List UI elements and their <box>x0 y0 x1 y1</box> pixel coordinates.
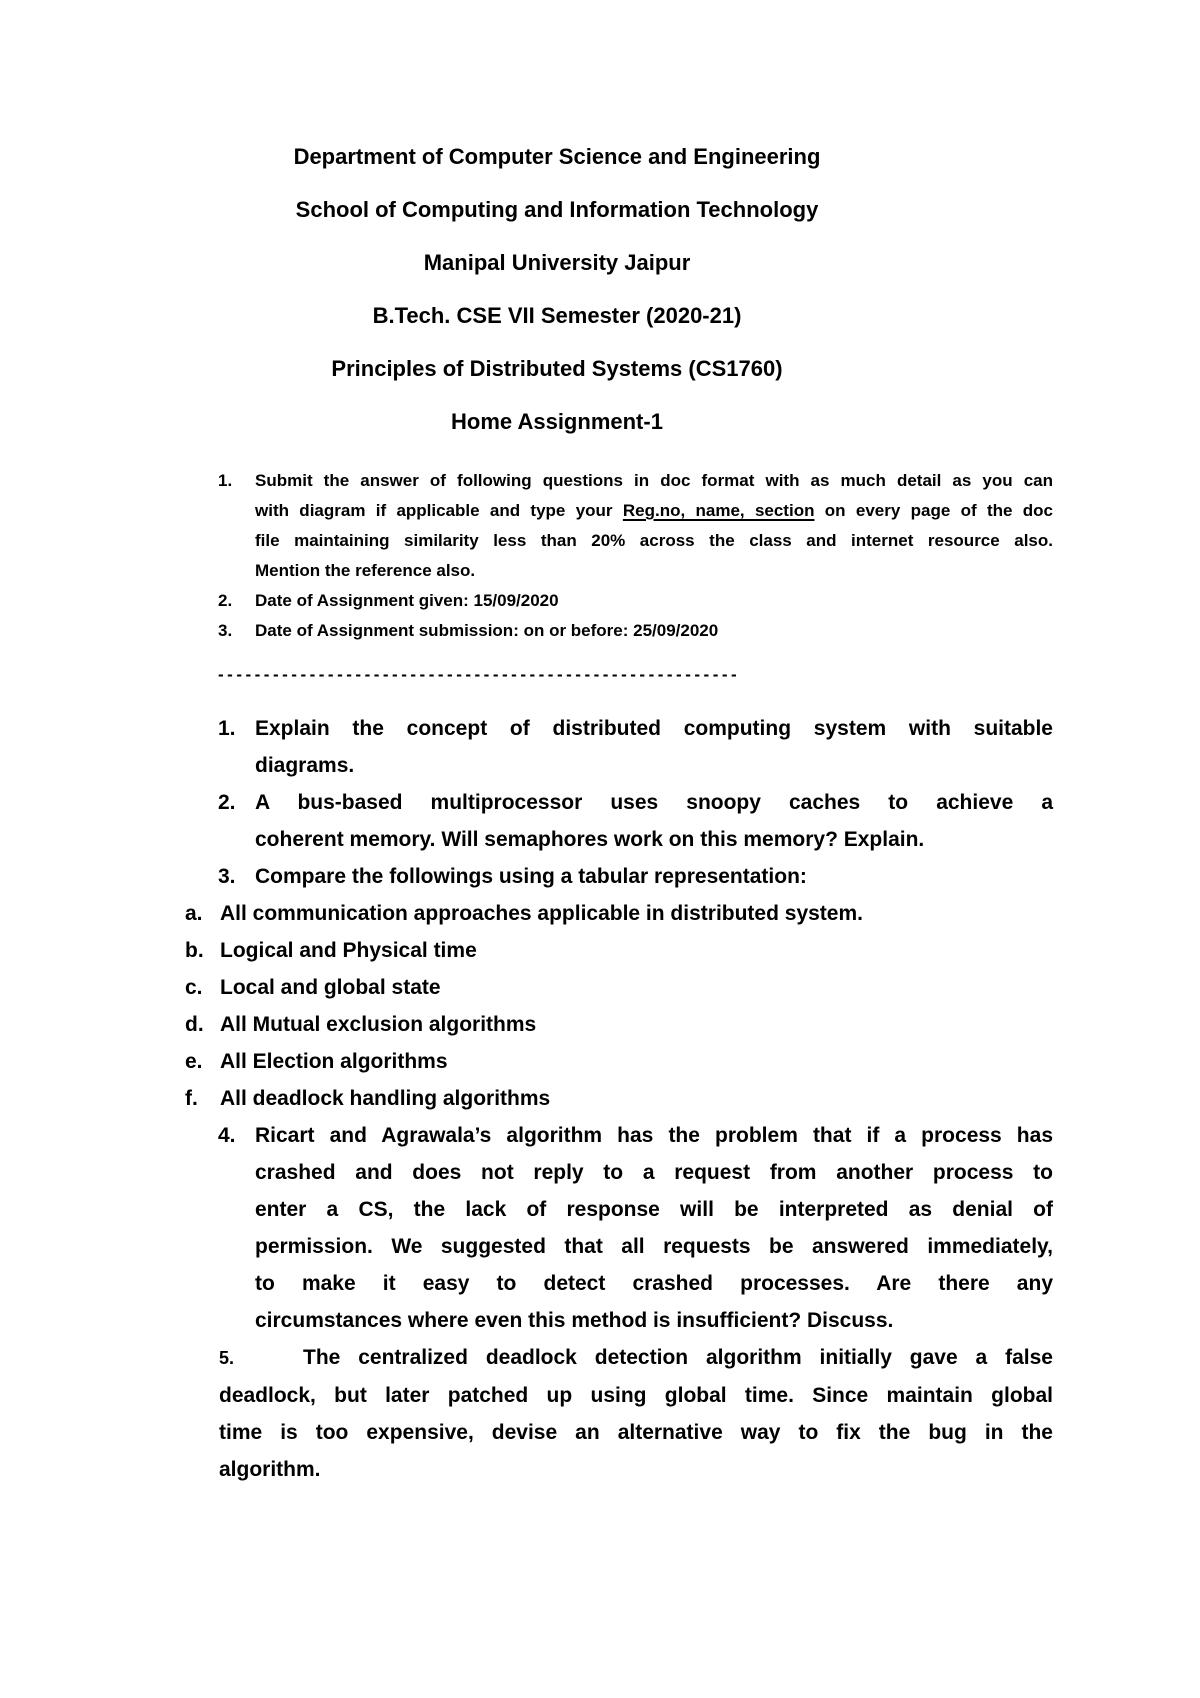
instruction-text: Date of Assignment given: 15/09/2020 <box>255 586 1053 616</box>
instruction-line: Submit the answer of following questions… <box>255 466 1053 496</box>
question-line: permission. We suggested that all reques… <box>255 1228 1053 1265</box>
question-text: Ricart and Agrawala’s algorithm has the … <box>255 1117 1053 1339</box>
question-line: deadlock, but later patched up using glo… <box>219 1377 1053 1414</box>
list-marker: a. <box>185 895 220 932</box>
sub-item-e: e. All Election algorithms <box>185 1043 1053 1080</box>
question-item-2: 2. A bus-based multiprocessor uses snoop… <box>218 784 1053 858</box>
dashed-separator: ----------------------------------------… <box>218 660 838 690</box>
sub-item-text: All Election algorithms <box>220 1043 1053 1080</box>
question-line: time is too expensive, devise an alterna… <box>219 1414 1053 1451</box>
question-line: diagrams. <box>255 747 1053 784</box>
emphasized-text: Reg.no, name, section <box>623 501 815 520</box>
question-line: Compare the followings using a tabular r… <box>255 858 1053 895</box>
question-item-5: 5. The centralized deadlock detection al… <box>219 1339 1053 1488</box>
instruction-line-suffix: on every page of the doc <box>814 501 1053 520</box>
question-line: circumstances where even this method is … <box>255 1302 1053 1339</box>
list-marker: f. <box>185 1080 220 1117</box>
sub-item-f: f. All deadlock handling algorithms <box>185 1080 1053 1117</box>
instruction-item: 2. Date of Assignment given: 15/09/2020 <box>218 586 1053 616</box>
instruction-line: Mention the reference also. <box>255 556 1053 586</box>
list-marker: e. <box>185 1043 220 1080</box>
sub-item-a: a. All communication approaches applicab… <box>185 895 1053 932</box>
question-line: to make it easy to detect crashed proces… <box>255 1265 1053 1302</box>
instruction-text: Submit the answer of following questions… <box>255 466 1053 586</box>
question-line: Ricart and Agrawala’s algorithm has the … <box>255 1117 1053 1154</box>
questions-list: 1. Explain the concept of distributed co… <box>185 710 1053 1488</box>
sub-item-c: c. Local and global state <box>185 969 1053 1006</box>
list-marker: d. <box>185 1006 220 1043</box>
page-title: Home Assignment-1 <box>0 395 1114 448</box>
header-line-program: B.Tech. CSE VII Semester (2020-21) <box>0 289 1114 342</box>
list-marker: c. <box>185 969 220 1006</box>
instructions-list: 1. Submit the answer of following questi… <box>218 466 1053 646</box>
header-line-course: Principles of Distributed Systems (CS176… <box>0 342 1114 395</box>
header-line-university: Manipal University Jaipur <box>0 236 1114 289</box>
list-marker: 3. <box>218 858 255 895</box>
instruction-line-prefix: with diagram if applicable and type your <box>255 501 623 520</box>
question-line-text: The centralized deadlock detection algor… <box>303 1339 1053 1376</box>
list-marker: 2. <box>218 784 255 858</box>
sub-item-text: Local and global state <box>220 969 1053 1006</box>
list-marker: 2. <box>218 586 255 616</box>
question-line: 5. The centralized deadlock detection al… <box>219 1339 1053 1377</box>
list-marker: b. <box>185 932 220 969</box>
sub-item-text: Logical and Physical time <box>220 932 1053 969</box>
sub-item-text: All Mutual exclusion algorithms <box>220 1006 1053 1043</box>
question-line: Explain the concept of distributed compu… <box>255 710 1053 747</box>
question-text: Compare the followings using a tabular r… <box>255 858 1053 895</box>
question-line: A bus-based multiprocessor uses snoopy c… <box>255 784 1053 821</box>
question-line: crashed and does not reply to a request … <box>255 1154 1053 1191</box>
question-text: A bus-based multiprocessor uses snoopy c… <box>255 784 1053 858</box>
header-line-department: Department of Computer Science and Engin… <box>0 130 1114 183</box>
question-line: coherent memory. Will semaphores work on… <box>255 821 1053 858</box>
instruction-item: 1. Submit the answer of following questi… <box>218 466 1053 586</box>
question-line: enter a CS, the lack of response will be… <box>255 1191 1053 1228</box>
list-marker: 3. <box>218 616 255 646</box>
document-page: Department of Computer Science and Engin… <box>0 0 1200 1698</box>
instruction-text: Date of Assignment submission: on or bef… <box>255 616 1053 646</box>
sub-item-text: All communication approaches applicable … <box>220 895 1053 932</box>
header-line-school: School of Computing and Information Tech… <box>0 183 1114 236</box>
question-item-4: 4. Ricart and Agrawala’s algorithm has t… <box>218 1117 1053 1339</box>
list-marker: 1. <box>218 466 255 586</box>
sub-item-text: All deadlock handling algorithms <box>220 1080 1053 1117</box>
question-item-3: 3. Compare the followings using a tabula… <box>218 858 1053 895</box>
sub-item-b: b. Logical and Physical time <box>185 932 1053 969</box>
document-header: Department of Computer Science and Engin… <box>0 130 1114 448</box>
instruction-line: file maintaining similarity less than 20… <box>255 526 1053 556</box>
list-marker: 5. <box>219 1340 303 1377</box>
list-marker: 1. <box>218 710 255 784</box>
sub-item-d: d. All Mutual exclusion algorithms <box>185 1006 1053 1043</box>
instruction-line: with diagram if applicable and type your… <box>255 496 1053 526</box>
question-item-1: 1. Explain the concept of distributed co… <box>218 710 1053 784</box>
question-line: algorithm. <box>219 1451 1053 1488</box>
instruction-item: 3. Date of Assignment submission: on or … <box>218 616 1053 646</box>
list-marker: 4. <box>218 1117 255 1339</box>
question-text: Explain the concept of distributed compu… <box>255 710 1053 784</box>
